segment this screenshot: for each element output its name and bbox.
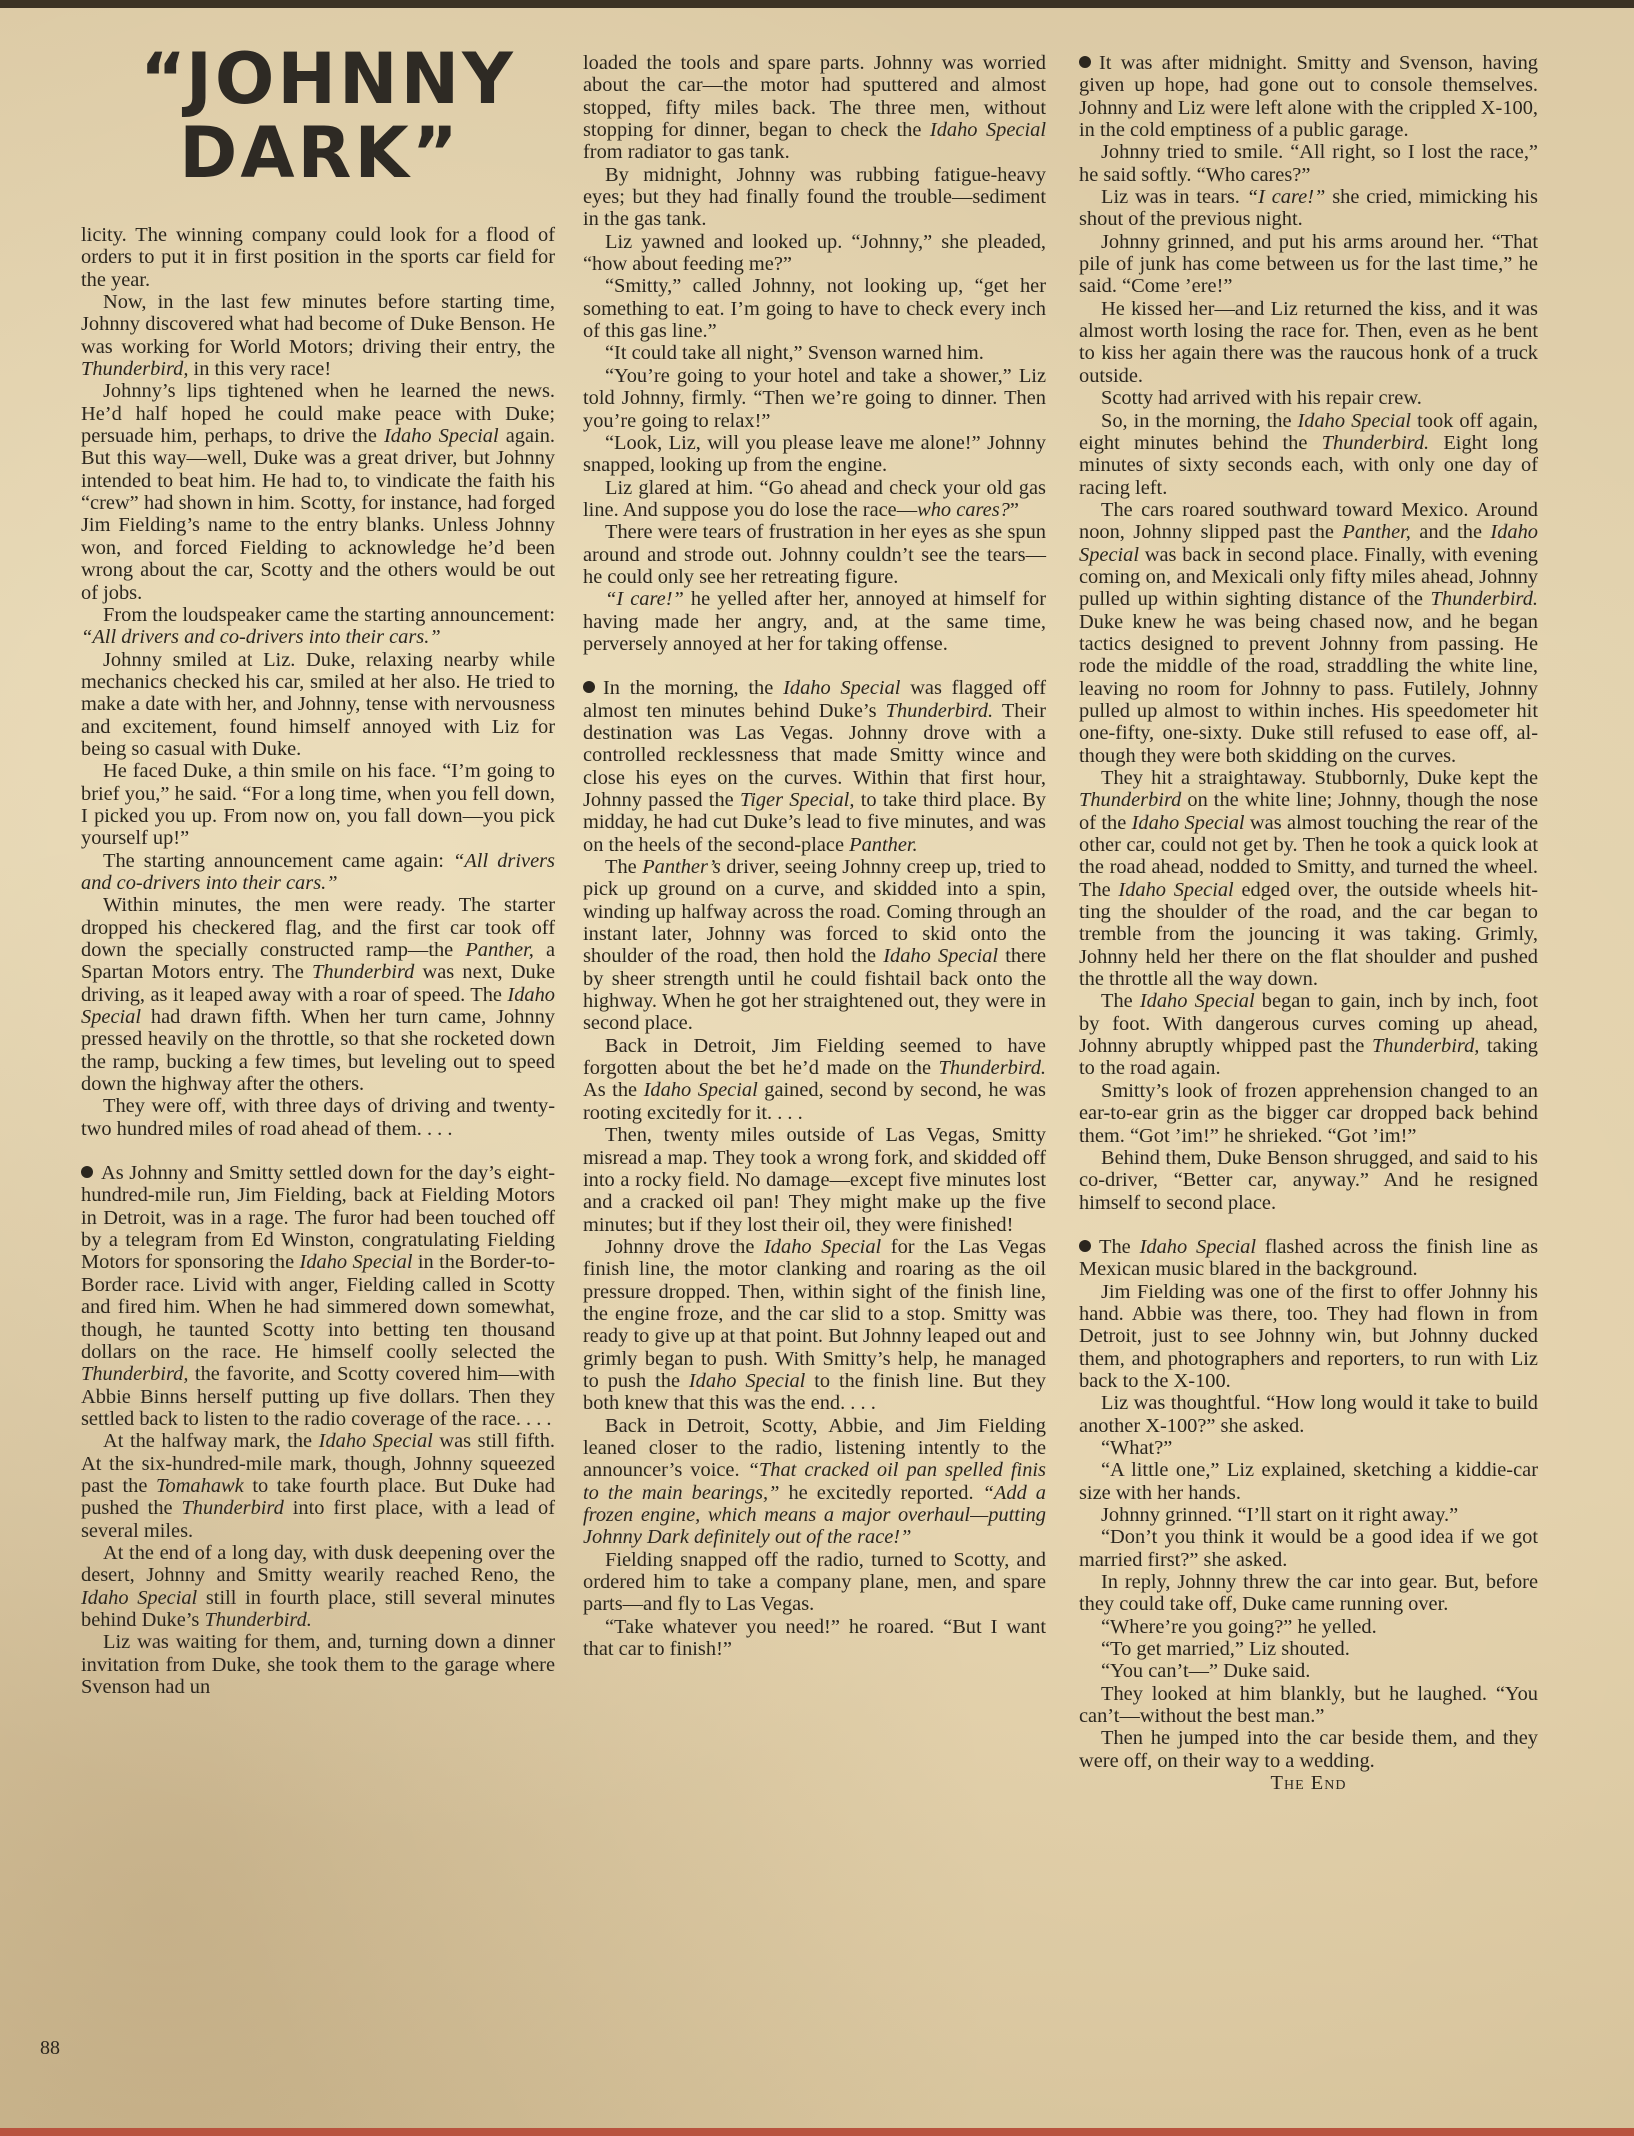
italic-text: Panther, [465, 939, 534, 961]
text: in this very race! [188, 358, 331, 380]
text: for the Las Vegas finish line, the motor… [583, 1236, 1046, 1392]
italic-text: Idaho Special [319, 1430, 433, 1452]
paragraph: loaded the tools and spare parts. Johnny… [583, 52, 1046, 164]
text: Liz was in tears. [1101, 186, 1247, 208]
text: “Look, Liz, will you please leave me alo… [583, 432, 1046, 476]
text: By midnight, Johnny was rubbing fatigue-… [583, 164, 1046, 231]
text: The [1101, 990, 1140, 1012]
text: The [605, 856, 642, 878]
story-title-line-1: “JOHNNY [140, 42, 500, 116]
paragraph: Johnny grinned, and put his arms around … [1079, 231, 1538, 298]
italic-text: Idaho Special [1298, 410, 1412, 432]
text: “You’re going to your hotel and take a s… [583, 365, 1046, 432]
paragraph: Then, twenty miles outside of Las Vegas,… [583, 1124, 1046, 1236]
paragraph: Liz was in tears. “I care!” she cried, m… [1079, 186, 1538, 231]
text-column-3: It was after midnight. Smitty and Sven­s… [1079, 52, 1538, 1794]
text: He faced Duke, a thin smile on his face.… [81, 760, 555, 849]
italic-text: Idaho Special [930, 119, 1046, 141]
paragraph: As Johnny and Smitty settled down for th… [81, 1162, 555, 1430]
italic-text: Thunderbird. [939, 1057, 1046, 1079]
text-column-2: loaded the tools and spare parts. Johnny… [583, 52, 1046, 1660]
paragraph: Smitty’s look of frozen apprehension cha… [1079, 1080, 1538, 1147]
italic-text: Idaho Special [1132, 812, 1245, 834]
paragraph: The Idaho Special flashed across the fin… [1079, 1236, 1538, 1281]
text: Johnny grinned. “I’ll start on it right … [1101, 1504, 1458, 1526]
text: ” [1010, 499, 1019, 521]
italic-text: Idaho Special [883, 945, 998, 967]
text: Liz was waiting for them, and, turning d… [81, 1631, 555, 1698]
text: The [1099, 1236, 1140, 1258]
paragraph: “Don’t you think it would be a good idea… [1079, 1526, 1538, 1571]
paragraph: Now, in the last few minutes before star… [81, 291, 555, 380]
text: “Take whatever you need!” he roared. “Bu… [583, 1616, 1046, 1660]
paragraph: He faced Duke, a thin smile on his face.… [81, 760, 555, 849]
text: he excitedly reported. [779, 1482, 982, 1504]
text: Liz yawned and looked up. “Johnny,” she … [583, 231, 1046, 275]
text: “Where’re you going?” he yelled. [1101, 1616, 1377, 1638]
text: Then, twenty miles outside of Las Vegas,… [583, 1124, 1046, 1235]
italic-text: Idaho Special [384, 425, 499, 447]
next-page-edge [0, 2128, 1634, 2136]
italic-text: “I care!” [1247, 186, 1326, 208]
section-bullet-icon [81, 1166, 93, 1178]
italic-text: Thunderbird, [81, 1363, 188, 1385]
text: “To get married,” Liz shouted. [1101, 1638, 1350, 1660]
text: Scotty had arrived with his repair crew. [1101, 387, 1422, 409]
italic-text: “All drivers and co-drivers into their c… [81, 626, 441, 648]
paragraph: “Smitty,” called Johnny, not looking up,… [583, 275, 1046, 342]
paragraph: “To get married,” Liz shouted. [1079, 1638, 1538, 1660]
paragraph: Within minutes, the men were ready. The … [81, 894, 555, 1095]
italic-text: Idaho Special [81, 1587, 197, 1609]
text: They hit a straightaway. Stubbornly, Duk… [1101, 767, 1538, 789]
italic-text: who cares? [917, 499, 1010, 521]
paragraph: Back in Detroit, Jim Fielding seemed to … [583, 1035, 1046, 1124]
paragraph: Johnny’s lips tightened when he learned … [81, 380, 555, 603]
paragraph: From the loudspeaker came the starting a… [81, 604, 555, 649]
paragraph: “Where’re you going?” he yelled. [1079, 1616, 1538, 1638]
paragraph: Liz was thoughtful. “How long would it t… [1079, 1392, 1538, 1437]
paragraph: In the morning, the Idaho Special was fl… [583, 677, 1046, 856]
italic-text: Idaho Special [783, 677, 900, 699]
text: Duke knew he was being chased now, and h… [1079, 611, 1538, 767]
text: “Smitty,” called Johnny, not looking up,… [583, 275, 1046, 342]
paragraph: The Idaho Special began to gain, inch by… [1079, 990, 1538, 1079]
paragraph: Back in Detroit, Scotty, Abbie, and Jim … [583, 1415, 1046, 1549]
text: As the [583, 1079, 644, 1101]
text: It was after midnight. Smitty and Sven­s… [1079, 52, 1538, 141]
paragraph: Johnny smiled at Liz. Duke, relaxing nea… [81, 649, 555, 761]
story-title: “JOHNNY DARK” [140, 42, 500, 190]
story-title-line-2: DARK” [140, 116, 500, 190]
text: They were off, with three days of drivin… [81, 1095, 555, 1139]
italic-text: “I care!” [605, 588, 684, 610]
paragraph: The cars roared southward toward Mex­ico… [1079, 499, 1538, 767]
text: Fielding snapped off the radio, turned t… [583, 1549, 1046, 1616]
text: In the morning, the [603, 677, 783, 699]
italic-text: Idaho Special [1118, 879, 1233, 901]
italic-text: Idaho Special [689, 1370, 805, 1392]
text: Liz was thoughtful. “How long would it t… [1079, 1392, 1538, 1436]
paragraph: They hit a straightaway. Stubbornly, Duk… [1079, 767, 1538, 990]
text: Then he jumped into the car beside them,… [1079, 1727, 1538, 1771]
paragraph: “I care!” he yelled after her, annoyed a… [583, 588, 1046, 655]
italic-text: Panther’s [642, 856, 721, 878]
text: Johnny tried to smile. “All right, so I … [1079, 141, 1538, 185]
paragraph: “What?” [1079, 1437, 1538, 1459]
section-bullet-icon [583, 681, 595, 693]
italic-text: Idaho Special [1140, 1236, 1256, 1258]
italic-text: Idaho Special [764, 1236, 881, 1258]
paragraph: The Panther’s driver, seeing Johnny cree… [583, 856, 1046, 1035]
the-end-mark: The End [1079, 1772, 1538, 1794]
paragraph: Behind them, Duke Benson shrugged, and s… [1079, 1147, 1538, 1214]
italic-text: Tomahawk [156, 1475, 244, 1497]
text: “Don’t you think it would be a good idea… [1079, 1526, 1538, 1570]
text: At the halfway mark, the [103, 1430, 319, 1452]
paragraph: Liz glared at him. “Go ahead and check y… [583, 477, 1046, 522]
top-edge-shadow [0, 0, 1634, 8]
text: At the end of a long day, with dusk deep… [81, 1542, 555, 1586]
paragraph: Fielding snapped off the radio, turned t… [583, 1549, 1046, 1616]
paragraph: There were tears of frustration in her e… [583, 521, 1046, 588]
paragraph: Johnny drove the Idaho Special for the L… [583, 1236, 1046, 1415]
paragraph: “It could take all night,” Svenson warne… [583, 342, 1046, 364]
italic-text: Thunderbird [181, 1497, 283, 1519]
paragraph: Johnny tried to smile. “All right, so I … [1079, 141, 1538, 186]
paragraph: Scotty had arrived with his repair crew. [1079, 387, 1538, 409]
text: They looked at him blankly, but he laugh… [1079, 1683, 1538, 1727]
paragraph: Liz yawned and looked up. “Johnny,” she … [583, 231, 1046, 276]
paragraph: “A little one,” Liz explained, sketching… [1079, 1459, 1538, 1504]
italic-text: Tiger Special, [740, 789, 854, 811]
italic-text: Thunderbird [1079, 789, 1181, 811]
paragraph: At the halfway mark, the Idaho Special w… [81, 1430, 555, 1542]
text: Johnny drove the [605, 1236, 764, 1258]
paragraph: “You can’t—” Duke said. [1079, 1660, 1538, 1682]
italic-text: Thunderbird. [204, 1609, 311, 1631]
paragraph: The starting announcement came again: “A… [81, 850, 555, 895]
paragraph: It was after midnight. Smitty and Sven­s… [1079, 52, 1538, 141]
italic-text: Panther, [1342, 521, 1411, 543]
paragraph: So, in the morning, the Idaho Special to… [1079, 410, 1538, 499]
paragraph: Jim Fielding was one of the first to off… [1079, 1281, 1538, 1393]
text: So, in the morning, the [1101, 410, 1298, 432]
text: In reply, Johnny threw the car into gear… [1079, 1571, 1538, 1615]
paragraph: Then he jumped into the car beside them,… [1079, 1727, 1538, 1772]
text-column-1: licity. The winning company could look f… [81, 224, 555, 1698]
text: There were tears of frustration in her e… [583, 521, 1046, 588]
text: “It could take all night,” Svenson warne… [605, 342, 984, 364]
text: From the loudspeaker came the starting a… [103, 604, 555, 626]
section-bullet-icon [1079, 1240, 1091, 1252]
text: “You can’t—” Duke said. [1101, 1660, 1310, 1682]
italic-text: Panther. [849, 834, 918, 856]
text: He kissed her—and Liz returned the kiss,… [1079, 298, 1538, 387]
paragraph: “Look, Liz, will you please leave me alo… [583, 432, 1046, 477]
text: “A little one,” Liz explained, sketching… [1079, 1459, 1538, 1503]
paragraph: In reply, Johnny threw the car into gear… [1079, 1571, 1538, 1616]
italic-text: Idaho Special [1140, 990, 1255, 1012]
paragraph: “Take whatever you need!” he roared. “Bu… [583, 1616, 1046, 1661]
text: licity. The winning company could look f… [81, 224, 555, 291]
text: and the [1411, 521, 1491, 543]
paragraph: “You’re going to your hotel and take a s… [583, 365, 1046, 432]
text: from radiator to gas tank. [583, 141, 790, 163]
italic-text: Thunder­bird, [81, 358, 188, 380]
magazine-page: “JOHNNY DARK” licity. The winning compan… [0, 0, 1634, 2131]
paragraph: They were off, with three days of drivin… [81, 1095, 555, 1140]
paragraph: licity. The winning company could look f… [81, 224, 555, 291]
paragraph: They looked at him blankly, but he laugh… [1079, 1683, 1538, 1728]
italic-text: Idaho Special [300, 1251, 413, 1273]
paragraph: At the end of a long day, with dusk deep… [81, 1542, 555, 1631]
italic-text: Thunderbird, [1372, 1035, 1479, 1057]
text: “What?” [1101, 1437, 1172, 1459]
page-number: 88 [40, 2037, 60, 2060]
text: Smitty’s look of frozen apprehension cha… [1079, 1080, 1538, 1147]
text: Johnny smiled at Liz. Duke, relaxing nea… [81, 649, 555, 760]
paragraph: Liz was waiting for them, and, turning d… [81, 1631, 555, 1698]
paragraph: By midnight, Johnny was rubbing fatigue-… [583, 164, 1046, 231]
text: again. But this way—well, Duke was a gre… [81, 425, 555, 603]
italic-text: Idaho Special [644, 1079, 758, 1101]
paragraph: Johnny grinned. “I’ll start on it right … [1079, 1504, 1538, 1526]
paragraph: He kissed her—and Liz returned the kiss,… [1079, 298, 1538, 387]
text: Jim Fielding was one of the first to off… [1079, 1281, 1538, 1392]
text: Johnny grinned, and put his arms around … [1079, 231, 1538, 298]
section-bullet-icon [1079, 56, 1091, 68]
italic-text: Thunder­bird. [1322, 432, 1429, 454]
italic-text: Thunderbird. [1431, 588, 1538, 610]
text: had drawn fifth. When her turn came, Joh… [81, 1006, 555, 1095]
italic-text: Thunderbird [312, 961, 414, 983]
text: Now, in the last few minutes before star… [81, 291, 555, 358]
italic-text: Thunderbird. [886, 700, 993, 722]
text: The starting announcement came again: [103, 850, 453, 872]
text: Behind them, Duke Benson shrugged, and s… [1079, 1147, 1538, 1214]
